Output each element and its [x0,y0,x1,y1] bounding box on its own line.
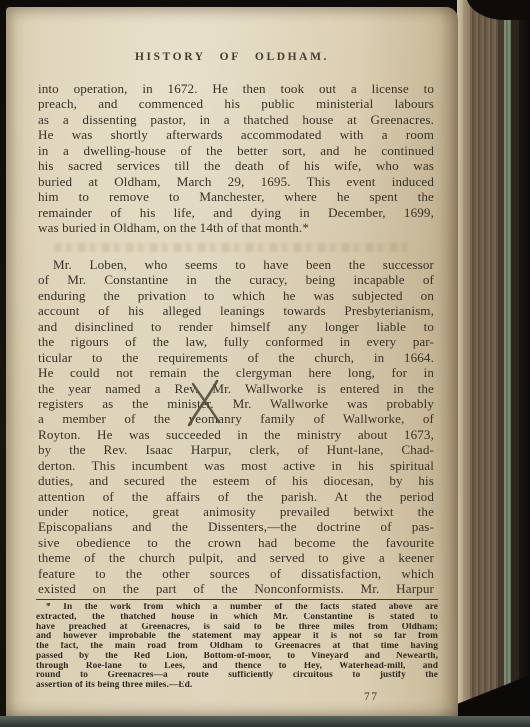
text-line: and disinclined to render himself any lo… [38,319,434,334]
book-scan-photo: HISTORY OF OLDHAM. into operation, in 16… [0,0,530,727]
text-line: theme of the church pulpit, and served t… [38,550,434,565]
text-line: the year named a Rev. Mr. Wallworke is e… [38,381,434,396]
text-line: the fact, the main road from Oldham to G… [36,642,438,652]
text-line: round to Greenacres—a route sufficiently… [36,671,438,681]
footnote-divider-rule [36,599,438,600]
text-line: existed on the part of the Nonconformist… [38,581,434,596]
table-surface-strip [0,716,530,727]
text-line: duties, and secured the esteem of his di… [38,473,434,488]
show-through-ghost-text [54,243,410,252]
text-line: account of his alleged leanings towards … [38,303,434,318]
text-line: passed by the Red Lion, Bottom-of-moor, … [36,652,438,662]
text-line: enduring the privation to which he was s… [38,288,434,303]
book-page: HISTORY OF OLDHAM. into operation, in 16… [6,7,458,716]
text-line: attention of the affairs of the parish. … [38,489,434,504]
text-line: under notice, great animosity prevailed … [38,504,434,519]
text-line: him to remove to Manchester, where he sp… [38,189,434,204]
text-line: sive obedience to the crown had become t… [38,535,434,550]
text-line: have preached at Greenacres, is said to … [36,623,438,633]
text-line: assertion of its being three miles.—Ed. [36,681,438,691]
text-line: preach, and commenced his public ministe… [38,96,434,111]
text-line: remainder of his life, and dying in Dece… [38,205,434,220]
book-cover-brown-stripe [511,0,519,727]
text-line: ticular to the requirements of the churc… [38,350,434,365]
page-number: 77 [364,691,379,703]
text-line: Episcopalians and the Dissenters,—the do… [38,519,434,534]
book-page-edges [458,0,530,727]
paragraph-continuation: into operation, in 1672. He then took ou… [38,81,434,235]
text-line: Royton. He was succeeded in the ministry… [38,427,434,442]
text-line: * In the work from which a number of the… [36,603,438,613]
text-line: through Roe-lane to Lees, and thence to … [36,662,438,672]
book-cover-teal-stripe [504,0,511,727]
running-header: HISTORY OF OLDHAM. [6,51,458,63]
text-line: Mr. Loben, who seems to have been the su… [38,257,434,272]
text-line: the rigours of the law, fully conformed … [38,334,434,349]
text-line: into operation, in 1672. He then took ou… [38,81,434,96]
handwritten-x-mark [186,379,224,427]
text-line: of Mr. Constantine in the curacy, being … [38,272,434,287]
text-line: and however improbable the statement may… [36,632,438,642]
text-line: He was shortly afterwards accommodated w… [38,127,434,142]
text-line: feature to the other sources of dissatis… [38,566,434,581]
text-line: in a dwelling-house of the better sort, … [38,143,434,158]
paragraph-mr-loben: Mr. Loben, who seems to have been the su… [38,257,434,597]
page-edge-tan-stripe [463,0,470,727]
text-line: derton. This incumbent was most active i… [38,458,434,473]
text-line: buried at Oldham, March 29, 1695. This e… [38,174,434,189]
background-shadow-stripe [519,0,530,727]
text-line: as a dissenting pastor, in a thatched ho… [38,112,434,127]
text-line: He could not remain the clergyman here l… [38,365,434,380]
footnote: * In the work from which a number of the… [36,603,438,691]
text-line: by the Rev. Isaac Harpur, clerk, of Hunt… [38,442,434,457]
text-line: his sacred services till the death of hi… [38,158,434,173]
stacked-pages-stripe [470,0,498,727]
text-line: registers as the minister. Mr. Wallworke… [38,396,434,411]
text-line: a member of the yeomanry family of Wallw… [38,411,434,426]
text-line: extracted, the thatched house in which M… [36,613,438,623]
text-line: was buried in Oldham, on the 14th of tha… [38,220,434,235]
